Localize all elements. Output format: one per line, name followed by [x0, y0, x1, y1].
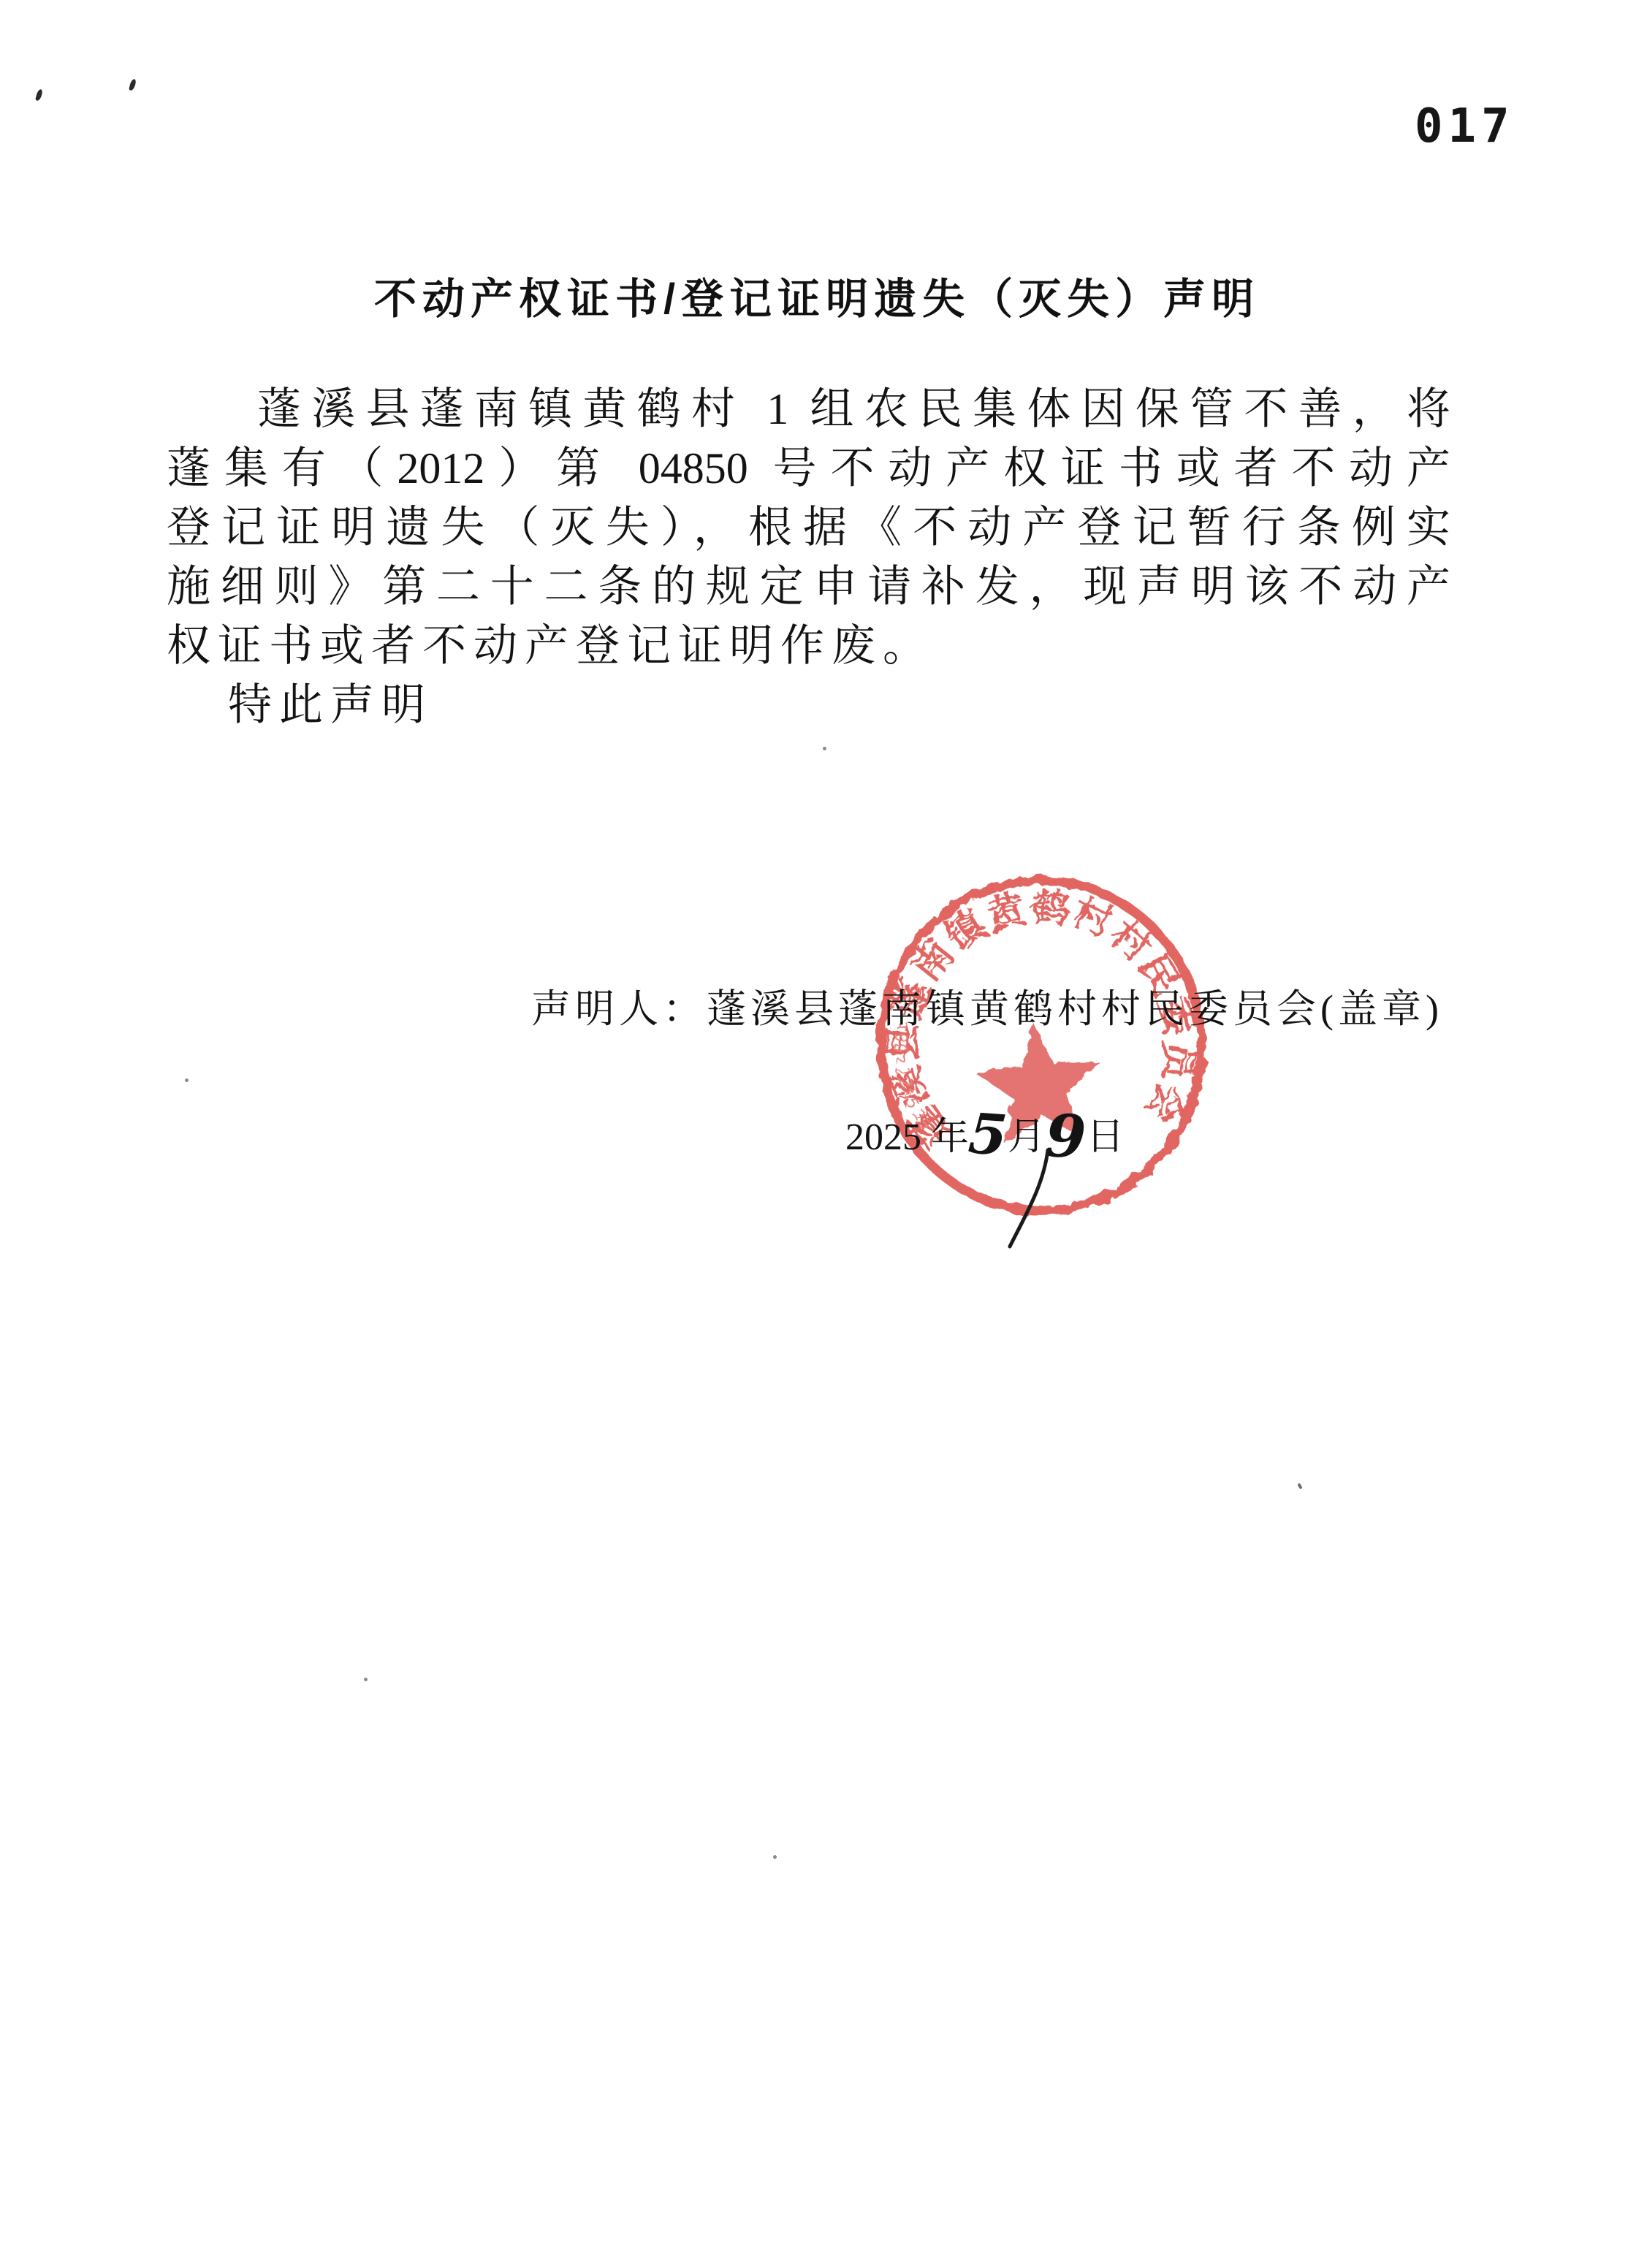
scan-speck	[35, 88, 43, 101]
body-line: 蓬溪县蓬南镇黄鹤村 1 组农民集体因保管不善，将	[167, 380, 1450, 439]
date-day-unit: 日	[1087, 1116, 1125, 1158]
body-line: 蓬集有（2012）第 04850 号不动产权证书或者不动产	[167, 439, 1450, 498]
date-line: 2025 年5月9日	[845, 1095, 1125, 1163]
page-number: 017	[1415, 99, 1515, 153]
document-page: 017 不动产权证书/登记证明遗失（灭失）声明 蓬溪县蓬南镇黄鹤村 1 组农民集…	[0, 0, 1628, 2268]
signatory-line: 声明人：蓬溪县蓬南镇黄鹤村村民委员会(盖章)	[531, 978, 1443, 1034]
scan-speck	[129, 78, 137, 91]
scan-speck	[364, 1678, 368, 1681]
body-line: 权证书或者不动产登记证明作废。	[167, 617, 1450, 676]
scan-speck	[1297, 1483, 1302, 1490]
scan-speck	[773, 1855, 777, 1859]
scan-speck	[823, 747, 826, 750]
declaration-body: 蓬溪县蓬南镇黄鹤村 1 组农民集体因保管不善，将 蓬集有（2012）第 0485…	[167, 380, 1450, 735]
scan-speck	[185, 1078, 189, 1082]
closing-line: 特此声明	[167, 676, 1450, 735]
date-year: 2025 年	[845, 1116, 969, 1158]
document-title: 不动产权证书/登记证明遗失（灭失）声明	[374, 265, 1260, 326]
body-line: 登记证明遗失（灭失），根据《不动产登记暂行条例实	[167, 498, 1450, 558]
body-line: 施细则》第二十二条的规定申请补发，现声明该不动产	[167, 558, 1450, 617]
handwritten-nine-tail	[995, 1147, 1061, 1253]
